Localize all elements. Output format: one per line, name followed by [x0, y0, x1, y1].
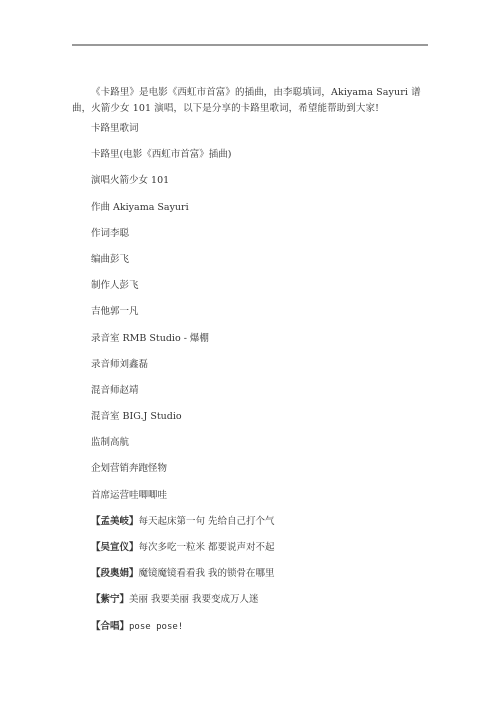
credit-line-marketing: 企划营销奔跑怪物 [91, 462, 431, 488]
credit-line-guitar: 吉他郭一凡 [91, 305, 431, 331]
lyric-line: 【段奥娟】魔镜魔镜看看我 我的锁骨在哪里 [91, 567, 431, 593]
lyric-line: 【合唱】pose pose! [91, 620, 431, 646]
lyric-text: 每次多吃一粒米 都要说声对不起 [139, 542, 275, 553]
lyric-singer: 【合唱】 [91, 621, 129, 632]
lyric-singer: 【吴宣仪】 [91, 542, 139, 553]
lyric-line: 【紫宁】美丽 我要美丽 我要变成万人迷 [91, 593, 431, 619]
lyric-text: pose pose! [129, 622, 183, 632]
lyric-line: 【孟美岐】每天起床第一句 先给自己打个气 [91, 515, 431, 541]
credit-line-singer: 演唱火箭少女 101 [91, 174, 431, 200]
credit-line-operations: 首席运营哇唧唧哇 [91, 489, 431, 515]
lyric-singer: 【段奥娟】 [91, 568, 139, 579]
credit-line-mixing-engineer: 混音师赵靖 [91, 384, 431, 410]
credit-line-studio: 录音室 RMB Studio - 爆棚 [91, 332, 431, 358]
credit-line-recording-engineer: 录音师刘鑫磊 [91, 358, 431, 384]
document-page: 《卡路里》是电影《西虹市首富》的插曲，由李聪填词，Akiyama Sayuri … [0, 0, 500, 707]
lyrics-body: 卡路里歌词 卡路里(电影《西虹市首富》插曲) 演唱火箭少女 101 作曲 Aki… [91, 122, 431, 646]
lyric-singer: 【紫宁】 [91, 594, 129, 605]
lyric-singer: 【孟美岐】 [91, 516, 139, 527]
credit-line-supervisor: 监制高航 [91, 436, 431, 462]
credit-line-title: 卡路里歌词 [91, 122, 431, 148]
credit-line-arranger: 编曲彭飞 [91, 253, 431, 279]
credit-line-producer: 制作人彭飞 [91, 279, 431, 305]
lyric-text: 美丽 我要美丽 我要变成万人迷 [129, 594, 259, 605]
intro-paragraph: 《卡路里》是电影《西虹市首富》的插曲，由李聪填词，Akiyama Sayuri … [72, 85, 432, 117]
lyric-text: 每天起床第一句 先给自己打个气 [139, 516, 275, 527]
header-rule [72, 44, 428, 46]
lyric-line: 【吴宣仪】每次多吃一粒米 都要说声对不起 [91, 541, 431, 567]
lyric-text: 魔镜魔镜看看我 我的锁骨在哪里 [139, 568, 275, 579]
credit-line-song: 卡路里(电影《西虹市首富》插曲) [91, 148, 431, 174]
credit-line-lyricist: 作词李聪 [91, 227, 431, 253]
credit-line-composer: 作曲 Akiyama Sayuri [91, 201, 431, 227]
credit-line-mixing-studio: 混音室 BIG.J Studio [91, 410, 431, 436]
